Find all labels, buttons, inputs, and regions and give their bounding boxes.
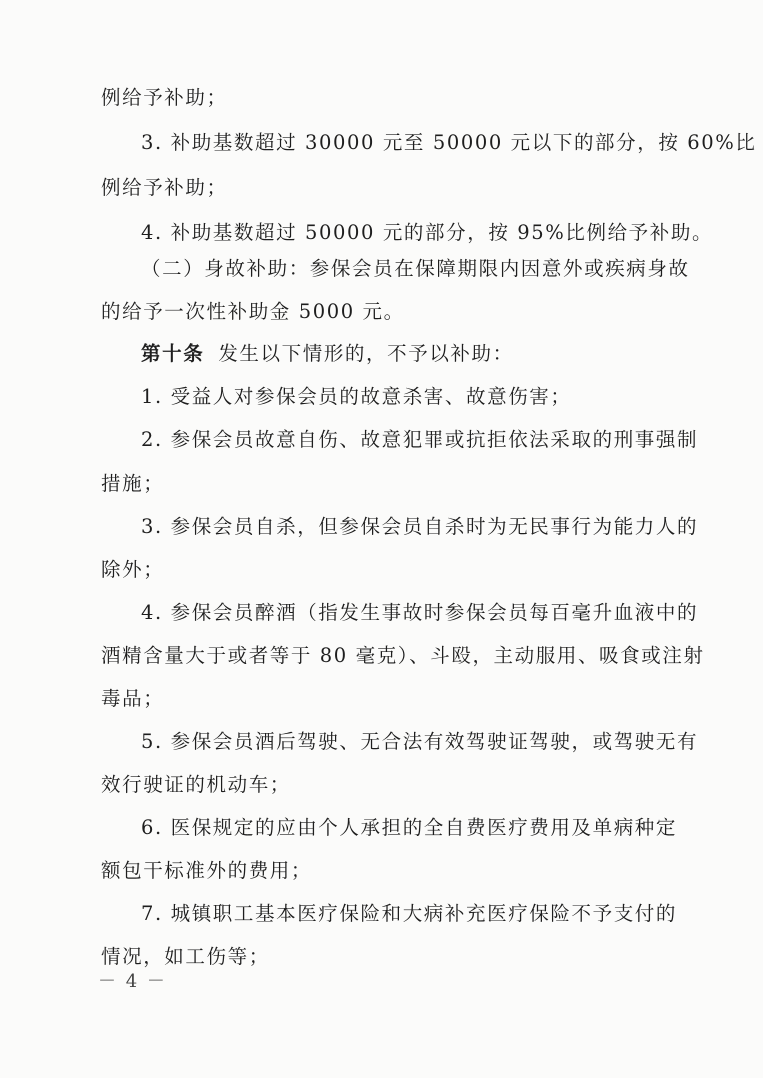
text-line: 效行驶证的机动车；	[101, 773, 291, 797]
text-line: 例给予补助；	[101, 176, 228, 200]
text-line: 6. 医保规定的应由个人承担的全自费医疗费用及单病种定	[141, 816, 677, 840]
text-line: 除外；	[101, 558, 164, 582]
article-text: 发生以下情形的，不予以补助：	[218, 342, 513, 365]
text-line: 情况，如工伤等；	[101, 945, 270, 969]
article-line: 第十条发生以下情形的，不予以补助：	[141, 342, 514, 366]
text-line: （二）身故补助：参保会员在保障期限内因意外或疾病身故	[141, 257, 690, 281]
article-label: 第十条	[141, 342, 204, 365]
text-line: 例给予补助；	[101, 86, 228, 110]
text-line: 1. 受益人对参保会员的故意杀害、故意伤害；	[141, 385, 572, 409]
text-line: 额包干标准外的费用；	[101, 859, 312, 883]
text-line: 5. 参保会员酒后驾驶、无合法有效驾驶证驾驶，或驾驶无有	[141, 730, 698, 754]
document-page: 例给予补助； 3. 补助基数超过 30000 元至 50000 元以下的部分，按…	[0, 0, 763, 1078]
text-line: 毒品；	[101, 687, 164, 711]
text-line: 4. 补助基数超过 50000 元的部分，按 95%比例给予补助。	[141, 221, 713, 245]
page-number: － 4 －	[98, 967, 167, 993]
text-line: 3. 参保会员自杀，但参保会员自杀时为无民事行为能力人的	[141, 515, 698, 539]
text-line: 4. 参保会员醉酒（指发生事故时参保会员每百毫升血液中的	[141, 601, 698, 625]
text-line: 酒精含量大于或者等于 80 毫克）、斗殴，主动服用、吸食或注射	[101, 644, 705, 668]
text-line: 3. 补助基数超过 30000 元至 50000 元以下的部分，按 60%比	[141, 131, 757, 155]
text-line: 7. 城镇职工基本医疗保险和大病补充医疗保险不予支付的	[141, 902, 677, 926]
text-line: 2. 参保会员故意自伤、故意犯罪或抗拒依法采取的刑事强制	[141, 428, 698, 452]
text-line: 措施；	[101, 472, 164, 496]
text-line: 的给予一次性补助金 5000 元。	[101, 300, 405, 324]
